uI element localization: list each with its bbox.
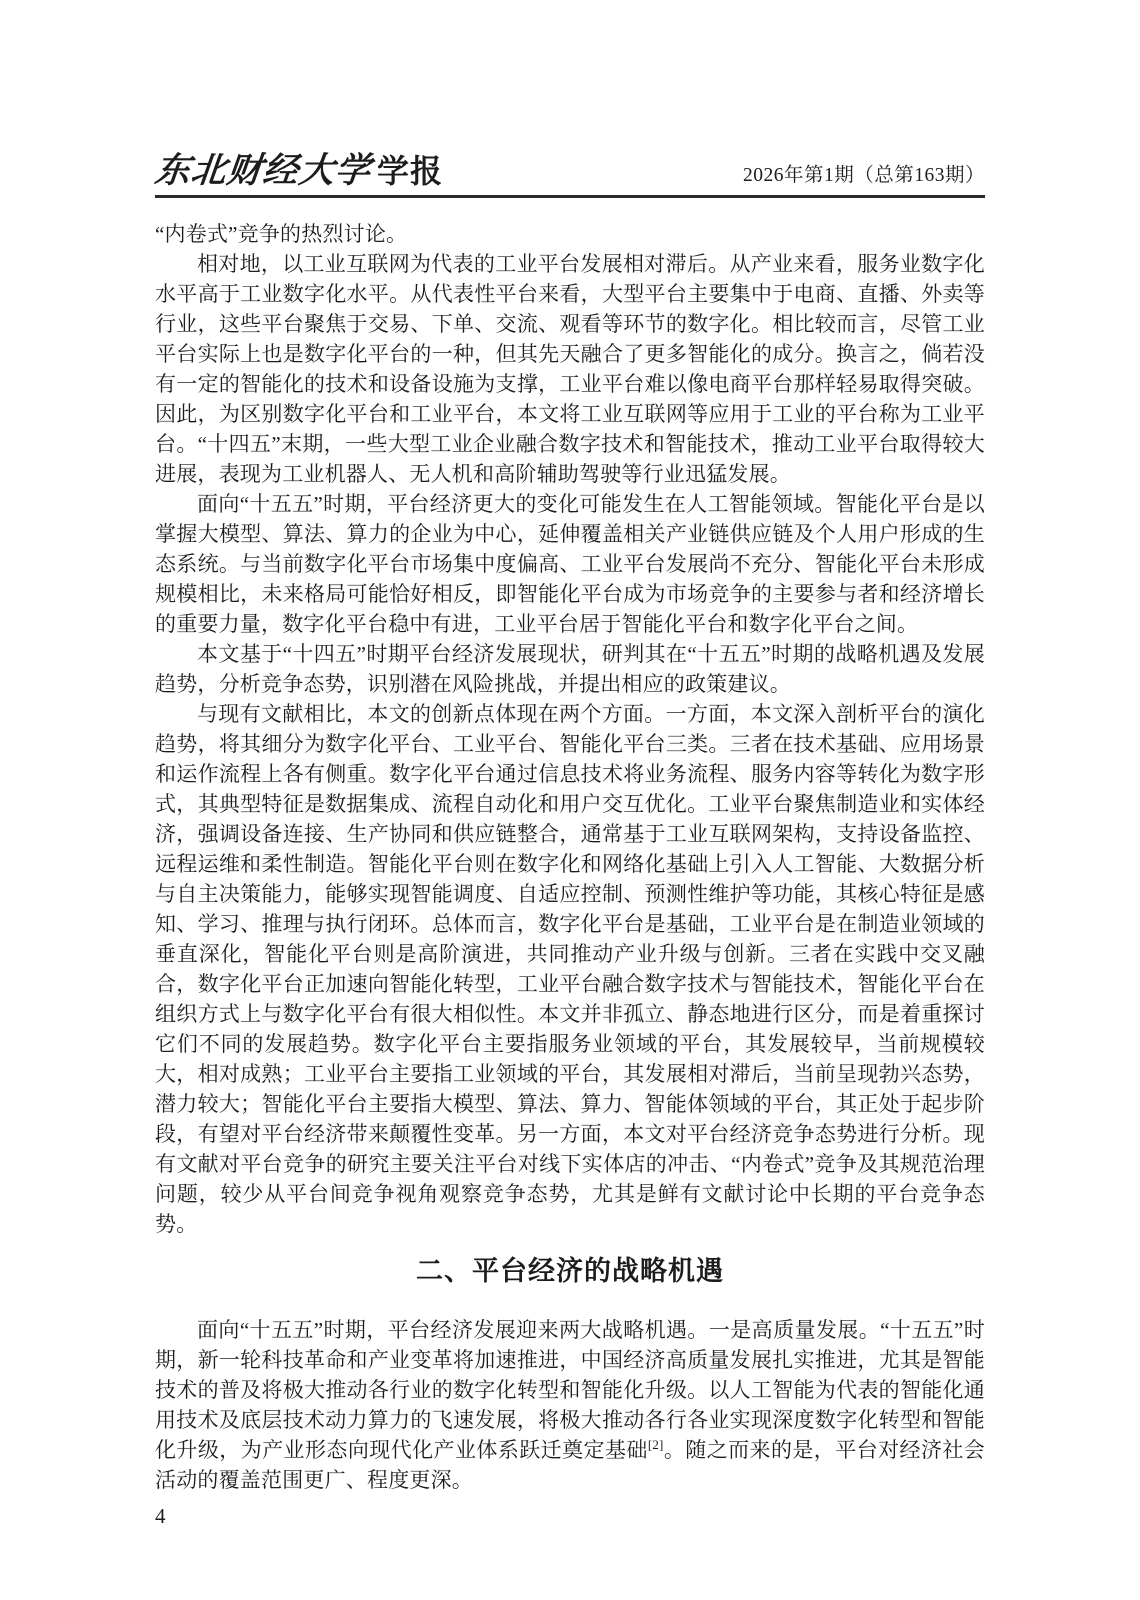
paragraph-industrial-platform: 相对地，以工业互联网为代表的工业平台发展相对滞后。从产业来看，服务业数字化水平高…	[155, 249, 985, 489]
page-header: 东北财经大学 学报 2026年第1期（总第163期）	[155, 146, 985, 188]
header-divider	[155, 195, 985, 198]
journal-logo-suffix: 学报	[377, 153, 443, 189]
paragraph-research-purpose: 本文基于“十四五”时期平台经济发展现状，研判其在“十五五”时期的战略机遇及发展趋…	[155, 639, 985, 699]
footnote-ref-2: [2]	[648, 1437, 664, 1452]
journal-page: 东北财经大学 学报 2026年第1期（总第163期） “内卷式”竞争的热烈讨论。…	[0, 0, 1140, 1600]
journal-logo-calligraphy: 东北财经大学	[153, 153, 373, 188]
page-footer: 4	[155, 1506, 985, 1527]
paragraph-innovation-points: 与现有文献相比，本文的创新点体现在两个方面。一方面，本文深入剖析平台的演化趋势，…	[155, 699, 985, 1239]
issue-info: 2026年第1期（总第163期）	[743, 166, 985, 189]
section-heading: 二、平台经济的战略机遇	[155, 1253, 985, 1289]
paragraph-intelligent-platform-outlook: 面向“十五五”时期，平台经济更大的变化可能发生在人工智能领域。智能化平台是以掌握…	[155, 489, 985, 639]
page-number: 4	[155, 1506, 985, 1527]
paragraph-continuation: “内卷式”竞争的热烈讨论。	[155, 219, 985, 249]
journal-logo: 东北财经大学 学报	[155, 153, 443, 188]
paragraph-strategic-opportunities: 面向“十五五”时期，平台经济发展迎来两大战略机遇。一是高质量发展。“十五五”时期…	[155, 1315, 985, 1495]
article-body: “内卷式”竞争的热烈讨论。 相对地，以工业互联网为代表的工业平台发展相对滞后。从…	[155, 219, 985, 1495]
